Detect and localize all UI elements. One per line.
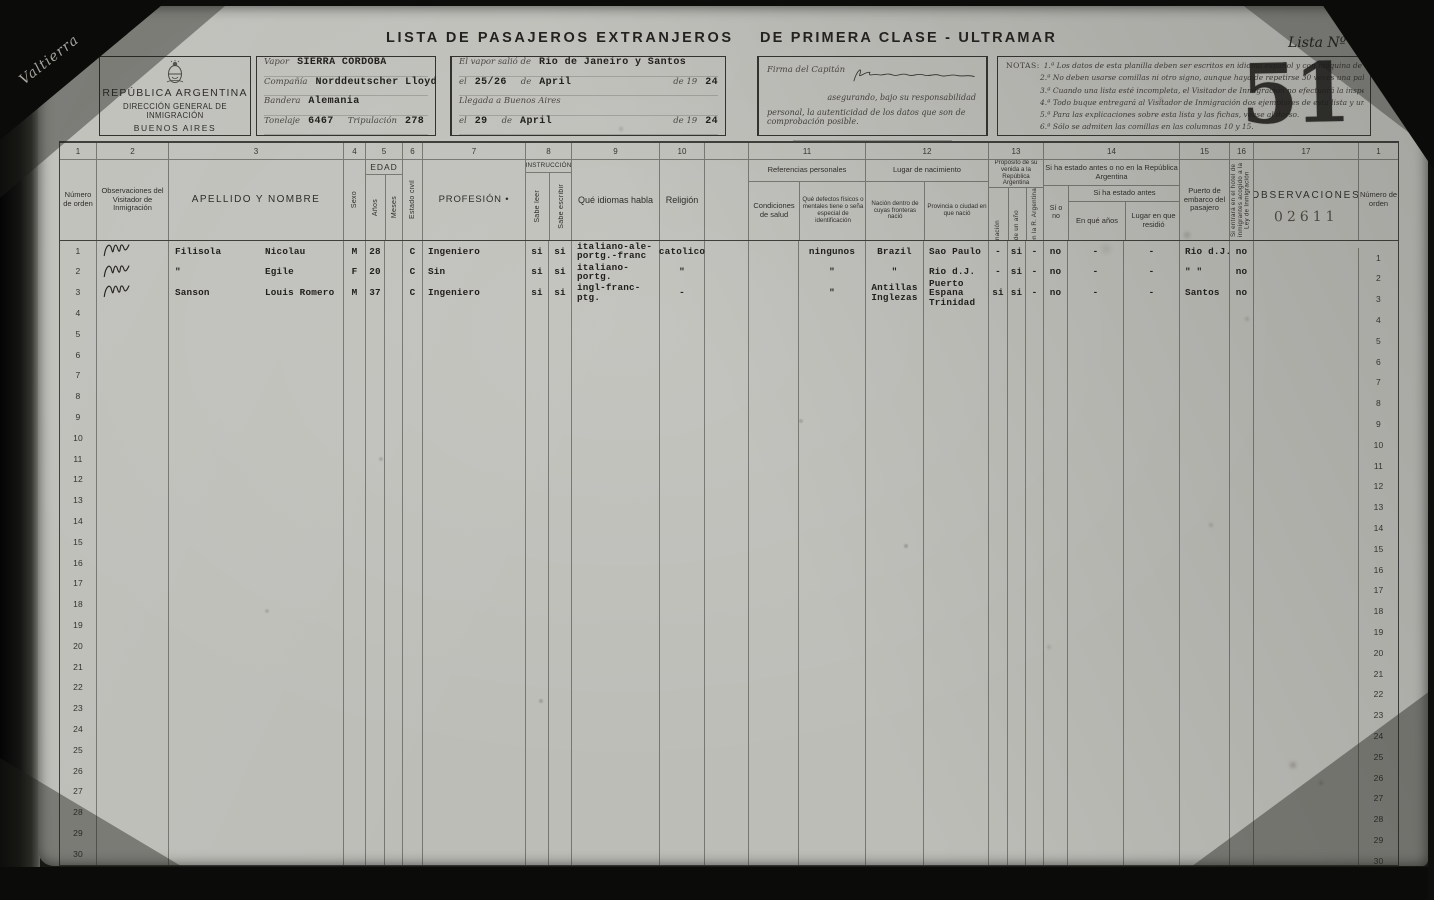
cell-nacion xyxy=(865,324,923,345)
cell-nacion xyxy=(865,470,923,491)
cell-profesion xyxy=(422,491,525,512)
cell-en-que-anios xyxy=(1067,678,1123,699)
cell-num-orden-right: 19 xyxy=(1358,622,1398,643)
cell-anios xyxy=(365,782,384,803)
cell-transito xyxy=(988,553,1007,574)
cell-meses xyxy=(384,241,402,262)
cell-meses xyxy=(384,449,402,470)
cell-idiomas xyxy=(571,574,659,595)
cell-estuvo-antes xyxy=(1043,823,1067,844)
header-instruccion: INSTRUCCIÓN xyxy=(526,160,571,173)
apellido: " xyxy=(175,267,265,277)
voyage-info-box: El vapor salió de Rio de Janeiro y Santo… xyxy=(450,56,726,136)
cell-lugar-residio xyxy=(1123,387,1179,408)
cell-hotel-inmigrantes xyxy=(1229,740,1253,761)
cell-estado-civil xyxy=(402,699,422,720)
cell-transito xyxy=(988,844,1007,865)
cell-anios xyxy=(365,574,384,595)
table-row: 2828 xyxy=(60,803,1398,824)
field-llegada-fecha: el 29 de April de 19 24 xyxy=(459,116,718,136)
cell-sabe-escribir xyxy=(548,345,571,366)
cell-blank xyxy=(704,262,748,283)
cell-provincia-ciudad xyxy=(923,449,988,470)
cell-sexo xyxy=(343,511,365,532)
cell-defectos xyxy=(798,678,865,699)
cell-sexo xyxy=(343,366,365,387)
cell-sabe-escribir xyxy=(548,803,571,824)
cell-establecerse xyxy=(1025,678,1043,699)
cell-num-orden-right: 7 xyxy=(1358,373,1398,394)
header-apellido-nombre: APELLIDO Y NOMBRE xyxy=(168,160,343,240)
cell-volver-pais xyxy=(1007,324,1025,345)
cell-volver-pais xyxy=(1007,678,1025,699)
cell-sabe-escribir xyxy=(548,636,571,657)
cell-anios xyxy=(365,678,384,699)
cell-sexo xyxy=(343,449,365,470)
cell-profesion xyxy=(422,574,525,595)
cell-establecerse xyxy=(1025,345,1043,366)
colnum-12: 12 xyxy=(865,143,988,159)
cell-lugar-residio xyxy=(1123,740,1179,761)
cell-idiomas: italiano-ale- portg.-franc xyxy=(571,241,659,262)
cell-apellido-nombre xyxy=(168,699,343,720)
cell-provincia-ciudad xyxy=(923,615,988,636)
cell-volver-pais xyxy=(1007,491,1025,512)
cell-nacion xyxy=(865,553,923,574)
cell-condiciones-salud xyxy=(748,491,798,512)
field-llegada: Llegada a Buenos Aires xyxy=(459,96,718,116)
cell-apellido-nombre xyxy=(168,678,343,699)
handwritten-check-mark xyxy=(100,280,132,301)
cell-apellido-nombre xyxy=(168,553,343,574)
cell-establecerse xyxy=(1025,532,1043,553)
cell-provincia-ciudad xyxy=(923,761,988,782)
cell-volver-pais: si xyxy=(1007,241,1025,262)
cell-observaciones-mark xyxy=(96,470,168,491)
cell-sabe-leer xyxy=(525,491,548,512)
cell-nacion xyxy=(865,491,923,512)
cell-transito xyxy=(988,324,1007,345)
cell-puerto-embarco: " " xyxy=(1179,262,1229,283)
cell-estuvo-antes xyxy=(1043,636,1067,657)
cell-nacion xyxy=(865,615,923,636)
cell-puerto-embarco xyxy=(1179,574,1229,595)
cell-estuvo-antes xyxy=(1043,803,1067,824)
captain-signature-box: Firma del Capitán asegurando, bajo su re… xyxy=(757,56,988,136)
cell-idiomas xyxy=(571,511,659,532)
cell-meses xyxy=(384,283,402,304)
cell-establecerse: - xyxy=(1025,241,1043,262)
cell-anios: 37 xyxy=(365,283,384,304)
cell-num-orden: 10 xyxy=(60,428,96,449)
cell-religion xyxy=(659,761,704,782)
cell-apellido-nombre xyxy=(168,387,343,408)
cell-num-orden: 16 xyxy=(60,553,96,574)
header-lugar-nacimiento-group: Lugar de nacimiento Nación dentro de cuy… xyxy=(865,160,988,240)
cell-defectos xyxy=(798,574,865,595)
cell-meses xyxy=(384,844,402,865)
cell-provincia-ciudad xyxy=(923,719,988,740)
cell-estuvo-antes xyxy=(1043,553,1067,574)
cell-transito xyxy=(988,699,1007,720)
cell-apellido-nombre xyxy=(168,428,343,449)
cell-religion xyxy=(659,532,704,553)
cell-estuvo-antes xyxy=(1043,740,1067,761)
cell-sabe-escribir xyxy=(548,449,571,470)
cell-establecerse xyxy=(1025,844,1043,865)
cell-establecerse xyxy=(1025,324,1043,345)
cell-blank xyxy=(704,719,748,740)
cell-transito xyxy=(988,719,1007,740)
handwritten-check-mark xyxy=(100,259,132,280)
cell-sabe-leer: si xyxy=(525,283,548,304)
cell-condiciones-salud xyxy=(748,553,798,574)
cell-observaciones-mark xyxy=(96,491,168,512)
cell-sexo xyxy=(343,407,365,428)
cell-en-que-anios xyxy=(1067,366,1123,387)
cell-establecerse xyxy=(1025,387,1043,408)
cell-sabe-leer xyxy=(525,761,548,782)
cell-lugar-residio xyxy=(1123,782,1179,803)
header-puerto-embarco: Puerto de embarco del pasajero xyxy=(1179,160,1229,240)
cell-estuvo-antes xyxy=(1043,303,1067,324)
cell-nacion xyxy=(865,678,923,699)
cell-meses xyxy=(384,303,402,324)
header-volver-pais: Si piensa volver a su país antes de un a… xyxy=(1008,188,1026,240)
cell-profesion xyxy=(422,428,525,449)
colnum-8: 8 xyxy=(525,143,571,159)
cell-idiomas xyxy=(571,615,659,636)
cell-hotel-inmigrantes: no xyxy=(1229,262,1253,283)
cell-sabe-escribir xyxy=(548,324,571,345)
cell-sabe-escribir xyxy=(548,553,571,574)
table-header-row: Número de orden Observaciones del Visita… xyxy=(60,160,1398,241)
cell-apellido-nombre xyxy=(168,782,343,803)
cell-observaciones-mark xyxy=(96,283,168,304)
cell-apellido-nombre xyxy=(168,303,343,324)
cell-estado-civil xyxy=(402,366,422,387)
cell-religion xyxy=(659,803,704,824)
cell-religion xyxy=(659,428,704,449)
table-row: 66 xyxy=(60,345,1398,366)
header-condiciones-salud: Condiciones de salud xyxy=(749,182,799,240)
nombre: Nicolau xyxy=(265,247,305,257)
cell-nacion xyxy=(865,532,923,553)
cell-sexo: M xyxy=(343,283,365,304)
cell-lugar-residio xyxy=(1123,615,1179,636)
cell-defectos xyxy=(798,511,865,532)
cell-estado-civil xyxy=(402,407,422,428)
cell-religion xyxy=(659,511,704,532)
bandera-value: Alemania xyxy=(308,96,359,107)
cell-hotel-inmigrantes xyxy=(1229,553,1253,574)
cell-hotel-inmigrantes xyxy=(1229,532,1253,553)
cell-sabe-leer xyxy=(525,345,548,366)
colnum-4: 4 xyxy=(343,143,365,159)
cell-num-orden: 22 xyxy=(60,678,96,699)
compania-label: Compañía xyxy=(264,77,307,87)
cell-blank xyxy=(704,449,748,470)
cell-religion: catolico xyxy=(659,241,704,262)
table-row: 2626 xyxy=(60,761,1398,782)
cell-transito xyxy=(988,823,1007,844)
cell-hotel-inmigrantes xyxy=(1229,657,1253,678)
cell-apellido-nombre xyxy=(168,844,343,865)
cell-puerto-embarco xyxy=(1179,595,1229,616)
cell-puerto-embarco xyxy=(1179,615,1229,636)
cell-observaciones-mark xyxy=(96,262,168,283)
cell-idiomas xyxy=(571,449,659,470)
cell-religion xyxy=(659,387,704,408)
nombre: Egile xyxy=(265,267,294,277)
cell-lugar-residio xyxy=(1123,719,1179,740)
cell-apellido-nombre: "Egile xyxy=(168,262,343,283)
cell-condiciones-salud xyxy=(748,449,798,470)
cell-meses xyxy=(384,636,402,657)
cell-estuvo-antes xyxy=(1043,470,1067,491)
cell-establecerse xyxy=(1025,699,1043,720)
cell-sexo xyxy=(343,428,365,449)
cell-condiciones-salud xyxy=(748,387,798,408)
cell-establecerse xyxy=(1025,407,1043,428)
cell-blank xyxy=(704,324,748,345)
cell-puerto-embarco xyxy=(1179,470,1229,491)
cell-blank xyxy=(704,241,748,262)
cell-estado-civil xyxy=(402,823,422,844)
cell-transito xyxy=(988,595,1007,616)
table-row: 77 xyxy=(60,366,1398,387)
cell-sabe-escribir xyxy=(548,407,571,428)
cell-anios xyxy=(365,345,384,366)
cell-condiciones-salud xyxy=(748,823,798,844)
cell-sabe-leer xyxy=(525,823,548,844)
cell-sexo xyxy=(343,470,365,491)
header-establecerse: Si piensa establecerse definitivamente e… xyxy=(1026,188,1043,240)
cell-transito xyxy=(988,407,1007,428)
cell-num-orden: 17 xyxy=(60,574,96,595)
cell-defectos xyxy=(798,366,865,387)
header-ha-estado-antes: Si ha estado antes xyxy=(1069,186,1179,202)
scanned-passenger-list-page: LISTA DE PASAJEROS EXTRANJEROS DE PRIMER… xyxy=(0,0,1434,900)
cell-religion xyxy=(659,470,704,491)
header-estado-antes: Si ha estado antes o no en la República … xyxy=(1044,160,1179,186)
cell-sabe-leer xyxy=(525,470,548,491)
cell-religion xyxy=(659,844,704,865)
cell-num-orden: 19 xyxy=(60,615,96,636)
cell-volver-pais xyxy=(1007,532,1025,553)
cell-profesion xyxy=(422,699,525,720)
cell-estado-civil xyxy=(402,532,422,553)
cell-anios xyxy=(365,719,384,740)
cell-lugar-residio xyxy=(1123,595,1179,616)
cell-condiciones-salud xyxy=(748,699,798,720)
cell-lugar-residio xyxy=(1123,699,1179,720)
cell-provincia-ciudad xyxy=(923,595,988,616)
captain-signature-icon xyxy=(849,61,978,91)
cell-condiciones-salud xyxy=(748,470,798,491)
cell-transito xyxy=(988,491,1007,512)
cell-establecerse xyxy=(1025,449,1043,470)
cell-blank xyxy=(704,553,748,574)
cell-blank xyxy=(704,511,748,532)
cell-nacion: Antillas Inglezas xyxy=(865,283,923,304)
cell-lugar-residio xyxy=(1123,366,1179,387)
cell-observaciones-mark xyxy=(96,366,168,387)
cell-observaciones-mark xyxy=(96,387,168,408)
cell-volver-pais xyxy=(1007,844,1025,865)
cell-num-orden-right: 14 xyxy=(1358,518,1398,539)
cell-puerto-embarco xyxy=(1179,449,1229,470)
cell-num-orden-right: 13 xyxy=(1358,498,1398,519)
cell-estado-civil xyxy=(402,844,422,865)
cell-religion xyxy=(659,595,704,616)
cell-profesion xyxy=(422,366,525,387)
salida-dia-value: 25/26 xyxy=(475,77,507,88)
cell-defectos xyxy=(798,532,865,553)
colnum-3: 3 xyxy=(168,143,343,159)
cell-apellido-nombre: SansonLouis Romero xyxy=(168,283,343,304)
cell-sexo: M xyxy=(343,241,365,262)
field-salida-origen: El vapor salió de Rio de Janeiro y Santo… xyxy=(459,57,718,77)
cell-en-que-anios xyxy=(1067,615,1123,636)
cell-religion xyxy=(659,366,704,387)
cell-transito: - xyxy=(988,241,1007,262)
cell-religion xyxy=(659,574,704,595)
cell-estado-civil xyxy=(402,595,422,616)
header-proposito-group: Propósito de su venida a la República Ar… xyxy=(988,160,1043,240)
cell-provincia-ciudad xyxy=(923,823,988,844)
cell-estado-civil xyxy=(402,803,422,824)
cell-provincia-ciudad xyxy=(923,553,988,574)
table-row: 2424 xyxy=(60,719,1398,740)
cell-puerto-embarco: Rio d.J. xyxy=(1179,241,1229,262)
cell-apellido-nombre xyxy=(168,345,343,366)
cell-provincia-ciudad xyxy=(923,844,988,865)
cell-profesion xyxy=(422,532,525,553)
cell-blank xyxy=(704,823,748,844)
cell-sabe-leer xyxy=(525,678,548,699)
cell-profesion xyxy=(422,387,525,408)
cell-anios xyxy=(365,699,384,720)
table-row: 99 xyxy=(60,407,1398,428)
cell-establecerse xyxy=(1025,470,1043,491)
cell-sexo xyxy=(343,303,365,324)
cell-num-orden-right: 22 xyxy=(1358,685,1398,706)
cell-puerto-embarco xyxy=(1179,366,1229,387)
cell-puerto-embarco xyxy=(1179,719,1229,740)
cell-en-que-anios xyxy=(1067,719,1123,740)
cell-profesion xyxy=(422,761,525,782)
cell-transito xyxy=(988,782,1007,803)
cell-establecerse xyxy=(1025,303,1043,324)
salida-anio-value: 24 xyxy=(705,77,718,88)
tripulacion-value: 278 xyxy=(405,116,424,127)
cell-num-orden-right: 4 xyxy=(1358,310,1398,331)
cell-religion xyxy=(659,636,704,657)
cell-anios xyxy=(365,387,384,408)
serial-number-stamp: 02611 xyxy=(1274,213,1339,222)
salida-origen-value: Rio de Janeiro y Santos xyxy=(539,57,686,68)
cell-apellido-nombre xyxy=(168,761,343,782)
cell-transito xyxy=(988,303,1007,324)
header-si-o-no: Sí o no xyxy=(1044,186,1068,240)
cell-defectos xyxy=(798,699,865,720)
cell-sexo: F xyxy=(343,262,365,283)
cell-sexo xyxy=(343,782,365,803)
cell-observaciones-mark xyxy=(96,345,168,366)
cell-en-que-anios xyxy=(1067,823,1123,844)
cell-provincia-ciudad xyxy=(923,324,988,345)
cell-lugar-residio xyxy=(1123,761,1179,782)
cell-sabe-leer xyxy=(525,303,548,324)
cell-observaciones-mark xyxy=(96,324,168,345)
cell-num-orden: 24 xyxy=(60,719,96,740)
cell-en-que-anios xyxy=(1067,844,1123,865)
cell-profesion xyxy=(422,719,525,740)
cell-provincia-ciudad xyxy=(923,803,988,824)
cell-estuvo-antes: no xyxy=(1043,241,1067,262)
cell-puerto-embarco xyxy=(1179,345,1229,366)
cell-estado-civil xyxy=(402,740,422,761)
cell-anios xyxy=(365,449,384,470)
cell-en-que-anios xyxy=(1067,407,1123,428)
cell-volver-pais xyxy=(1007,719,1025,740)
cell-transito: si xyxy=(988,283,1007,304)
cell-estado-civil: C xyxy=(402,241,422,262)
cell-num-orden: 3 xyxy=(60,283,96,304)
cell-lugar-residio: - xyxy=(1123,283,1179,304)
cell-volver-pais: si xyxy=(1007,262,1025,283)
cell-puerto-embarco xyxy=(1179,428,1229,449)
header-defectos: Qué defectos físicos o mentales tiene o … xyxy=(799,182,865,240)
cell-estado-civil xyxy=(402,574,422,595)
cell-profesion xyxy=(422,470,525,491)
cell-religion: " xyxy=(659,262,704,283)
cell-defectos xyxy=(798,553,865,574)
cell-anios xyxy=(365,615,384,636)
cell-blank xyxy=(704,761,748,782)
cell-sabe-leer xyxy=(525,428,548,449)
cell-sabe-escribir xyxy=(548,740,571,761)
cell-blank xyxy=(704,782,748,803)
cell-transito xyxy=(988,761,1007,782)
cell-sabe-leer xyxy=(525,324,548,345)
cell-sexo xyxy=(343,345,365,366)
cell-hotel-inmigrantes xyxy=(1229,345,1253,366)
cell-hotel-inmigrantes xyxy=(1229,636,1253,657)
cell-sabe-leer: si xyxy=(525,262,548,283)
header-observaciones: OBSERVACIONES 02611 xyxy=(1253,160,1358,240)
cell-idiomas xyxy=(571,782,659,803)
cell-lugar-residio xyxy=(1123,303,1179,324)
salida-label: El vapor salió de xyxy=(459,57,531,67)
bandera-label: Bandera xyxy=(264,96,300,106)
cell-transito xyxy=(988,803,1007,824)
cell-observaciones xyxy=(1253,283,1358,304)
cell-sexo xyxy=(343,803,365,824)
cell-en-que-anios xyxy=(1067,428,1123,449)
cell-meses xyxy=(384,595,402,616)
cell-religion xyxy=(659,719,704,740)
cell-estuvo-antes xyxy=(1043,761,1067,782)
cell-puerto-embarco xyxy=(1179,823,1229,844)
cell-num-orden: 13 xyxy=(60,491,96,512)
cell-profesion xyxy=(422,303,525,324)
cell-num-orden: 14 xyxy=(60,511,96,532)
firma-label: Firma del Capitán xyxy=(767,65,845,75)
cell-blank xyxy=(704,345,748,366)
cell-apellido-nombre xyxy=(168,491,343,512)
